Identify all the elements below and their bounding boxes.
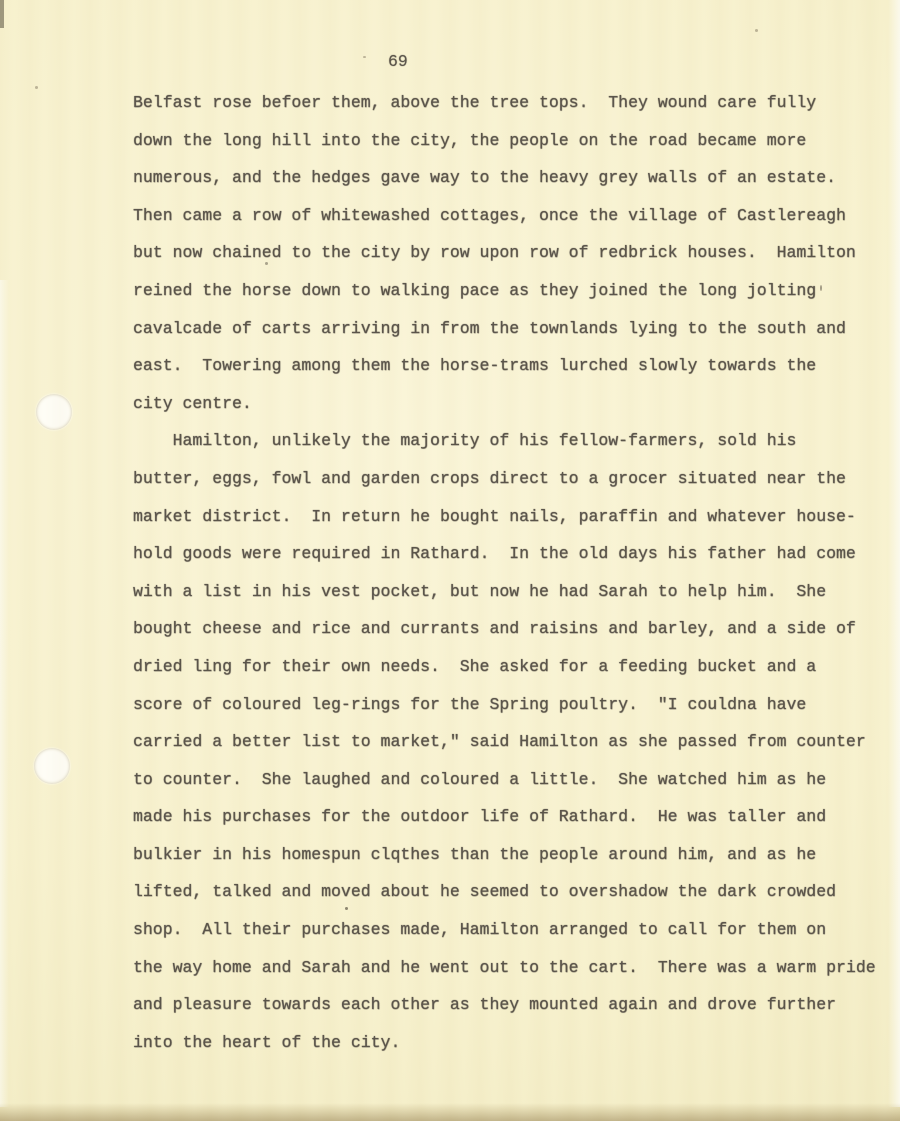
manuscript-page: 69 Belfast rose befoer them, above the t…: [0, 0, 900, 1121]
page-edge-left: [0, 280, 9, 1107]
page-number: 69: [388, 52, 408, 71]
page-edge-bottom: [0, 1103, 900, 1121]
paper-speck: [363, 56, 366, 58]
punch-hole-bottom: [34, 748, 70, 784]
punch-hole-top: [36, 394, 72, 430]
paper-speck: [35, 86, 38, 89]
paper-speck: [755, 29, 758, 32]
scan-edge-artifact: [0, 0, 4, 28]
typewritten-text: Belfast rose befoer them, above the tree…: [133, 84, 876, 1061]
page-edge-right: [888, 0, 900, 1107]
